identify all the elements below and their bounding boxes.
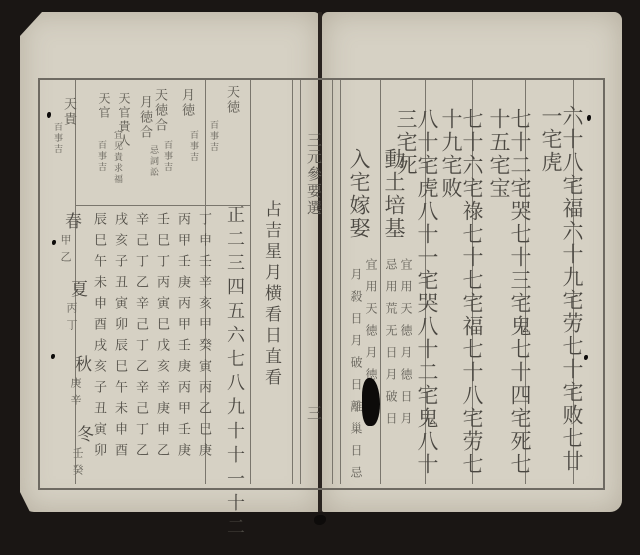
- star-label: 天徳合: [153, 88, 166, 133]
- paper-hole: [362, 378, 380, 426]
- season-stems: 甲乙: [60, 234, 71, 268]
- section-heading: 動土培基: [383, 148, 404, 240]
- book-title: 三元參要選: [306, 132, 321, 217]
- star-note: 百事吉: [208, 120, 217, 153]
- paper-tear: [314, 515, 326, 525]
- star-note: 忌詞訟: [148, 145, 157, 178]
- star-note: 百事吉: [52, 122, 61, 155]
- page-number: 三: [306, 405, 321, 422]
- season-spring: 春: [62, 212, 79, 231]
- column-rule: [332, 80, 333, 484]
- section-heading: 入宅嫁娶: [348, 148, 369, 240]
- grid-column: 丙甲壬庚丙甲壬庚丙甲壬庚: [176, 212, 189, 497]
- note-column: 忌用荒无日月破日: [385, 258, 397, 483]
- season-stems: 庚辛: [70, 377, 81, 411]
- month-numbers: 正二三四五六七八九十十一十二: [225, 205, 243, 541]
- grid-column: 丁申壬辛亥甲癸寅丙乙巳庚: [197, 212, 210, 497]
- column-rule: [380, 80, 381, 484]
- star-label: 月徳合: [138, 95, 151, 140]
- season-stems: 丙丁: [66, 302, 77, 336]
- star-label: 天貴: [62, 97, 75, 127]
- star-label: 月徳: [180, 88, 193, 118]
- text-column: 七十二宅哭七十三宅鬼七十四宅死七十五宅宝: [488, 108, 530, 488]
- star-note: 百事吉: [188, 130, 197, 163]
- season-winter: 冬: [74, 425, 91, 444]
- text-column: 七十六宅祿七十七宅福七十八宅劳七十九宅败: [440, 108, 482, 488]
- note-column: 月殺日月破日離巢日忌: [350, 268, 362, 493]
- star-note: 宜见貴求福: [112, 130, 121, 185]
- column-rule: [250, 80, 251, 484]
- grid-column: 壬巳丁丙寅巳戊亥辛庚申乙: [155, 212, 168, 497]
- star-note: 百事吉: [96, 140, 105, 173]
- stem-branch-grid: 丁申壬辛亥甲癸寅丙乙巳庚 丙甲壬庚丙甲壬庚丙甲壬庚 壬巳丁丙寅巳戊亥辛庚申乙 辛…: [92, 212, 210, 497]
- column-rule: [292, 80, 293, 484]
- note-column: 宜用天徳月徳日月: [400, 258, 412, 483]
- season-stems: 壬癸: [72, 447, 83, 481]
- season-summer: 夏: [68, 280, 85, 299]
- note-column: 宜用天徳月徳日: [365, 258, 377, 483]
- star-label: 天官: [98, 92, 110, 120]
- column-rule: [340, 80, 341, 484]
- text-column: 六十八宅福六十九宅劳七十宅败七廿一宅虎: [540, 105, 582, 485]
- grid-column: 戌亥子丑寅卯辰巳午未申酉: [113, 212, 126, 497]
- season-autumn: 秋: [72, 355, 89, 374]
- star-note: 百事吉: [162, 140, 171, 173]
- table-heading: 占吉星月横看日直看: [262, 200, 279, 389]
- column-rule: [300, 80, 301, 484]
- star-label: 天徳: [225, 85, 238, 115]
- grid-column: 辛己丁乙辛己丁乙辛己丁乙: [134, 212, 147, 497]
- grid-column: 辰巳午未申酉戌亥子丑寅卯: [92, 212, 105, 497]
